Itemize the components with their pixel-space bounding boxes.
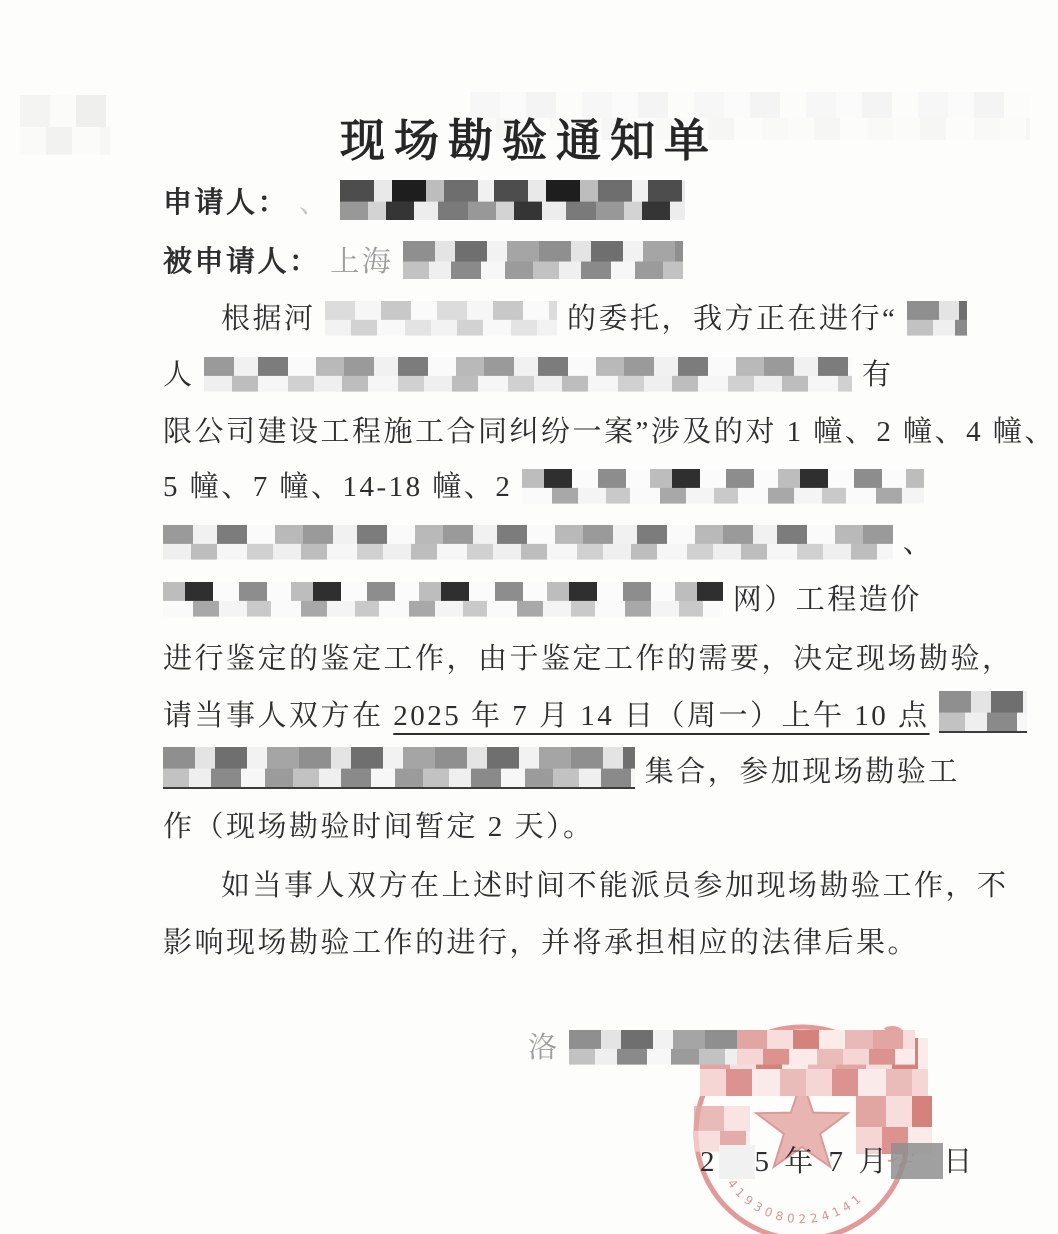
para1-l2-post-text: 有 (862, 359, 894, 391)
applicant-visible-fragment: 、 (299, 187, 331, 219)
redaction-case-fragment (907, 301, 967, 336)
inspection-datetime-underlined: 2025 年 7 月 14 日（周一）上午 10 点 (393, 700, 929, 732)
redaction-signature-gray (569, 1030, 737, 1065)
para1-line6: 网）工程造价 (163, 578, 922, 622)
scanned-document-page: 现场勘验通知单 申请人： 、 被申请人： 上海 根据河 的委托，我方正在进行“ … (0, 0, 1058, 1234)
redaction-respondent-name (403, 241, 683, 279)
applicant-label: 申请人： (163, 187, 289, 219)
para2-l1-text: 如当事人双方在上述时间不能派员参加现场勘验工作，不 (221, 870, 1009, 902)
para1-l9-post-text: 集合，参加现场勘验工 (645, 756, 960, 788)
respondent-visible-fragment: 上海 (330, 246, 393, 278)
para1-l5-post-text: 、 (903, 527, 935, 559)
para1-line2: 人 有 (163, 353, 894, 397)
para1-l6-post-text: 网）工程造价 (733, 584, 922, 616)
redaction-scope-list (163, 525, 893, 560)
redaction-party-names (204, 357, 852, 392)
para1-l8-text: 请当事人双方在 (163, 700, 393, 732)
para1-line8: 请当事人双方在 2025 年 7 月 14 日（周一）上午 10 点 (163, 691, 1027, 738)
redaction-signature-pink (737, 1030, 915, 1065)
applicant-line: 申请人： 、 (163, 180, 685, 225)
redaction-building-list (522, 469, 924, 504)
para1-line4: 5 幢、7 幢、14-18 幢、2 (163, 465, 924, 509)
signature-line: 洛 (528, 1026, 915, 1070)
para1-line3: 限公司建设工程施工合同纠纷一案”涉及的对 1 幢、2 幢、4 幢、 (163, 410, 1056, 454)
redaction-date-day (891, 1143, 943, 1179)
para1-l2-text: 人 (163, 359, 195, 391)
para2-l2-text: 影响现场勘验工作的进行，并将承担相应的法律后果。 (163, 927, 919, 959)
para2-line1: 如当事人双方在上述时间不能派员参加现场勘验工作，不 (221, 864, 1009, 908)
signature-visible-fragment: 洛 (528, 1032, 560, 1064)
para1-line1: 根据河 的委托，我方正在进行“ (221, 297, 967, 341)
redaction-court-name (325, 301, 557, 336)
redaction-applicant-name (340, 180, 685, 220)
para1-l4-text: 5 幢、7 幢、14-18 幢、2 (163, 471, 512, 503)
redaction-meeting-point-1 (939, 691, 1027, 733)
para1-l10-text: 作（现场勘验时间暂定 2 天）。 (163, 811, 595, 843)
para1-line9: 集合，参加现场勘验工 (163, 747, 960, 794)
para1-l3-text: 限公司建设工程施工合同纠纷一案”涉及的对 1 幢、2 幢、4 幢、 (163, 416, 1056, 448)
redaction-meeting-point-2 (163, 747, 635, 789)
respondent-label: 被申请人： (163, 246, 321, 278)
date-part1: 2 (700, 1146, 719, 1178)
redaction-scope-list2 (163, 582, 723, 617)
para1-l1-mid-text: 的委托，我方正在进行“ (567, 303, 897, 335)
para1-line5: 、 (163, 521, 934, 565)
para1-l1-text: 根据河 (221, 303, 316, 335)
redaction-date-year (719, 1145, 755, 1179)
para1-line7: 进行鉴定的鉴定工作，由于鉴定工作的需要，决定现场勘验， (163, 637, 1014, 681)
para2-line2: 影响现场勘验工作的进行，并将承担相应的法律后果。 (163, 921, 919, 965)
date-part2: 5 年 7 月 (755, 1146, 892, 1178)
page-title: 现场勘验通知单 (0, 104, 1058, 169)
respondent-line: 被申请人： 上海 (163, 240, 683, 284)
date-part3: 日 (943, 1146, 976, 1178)
date-line: 25 年 7 月日 (700, 1140, 976, 1184)
para1-l7-text: 进行鉴定的鉴定工作，由于鉴定工作的需要，决定现场勘验， (163, 643, 1014, 675)
para1-line10: 作（现场勘验时间暂定 2 天）。 (163, 805, 595, 849)
